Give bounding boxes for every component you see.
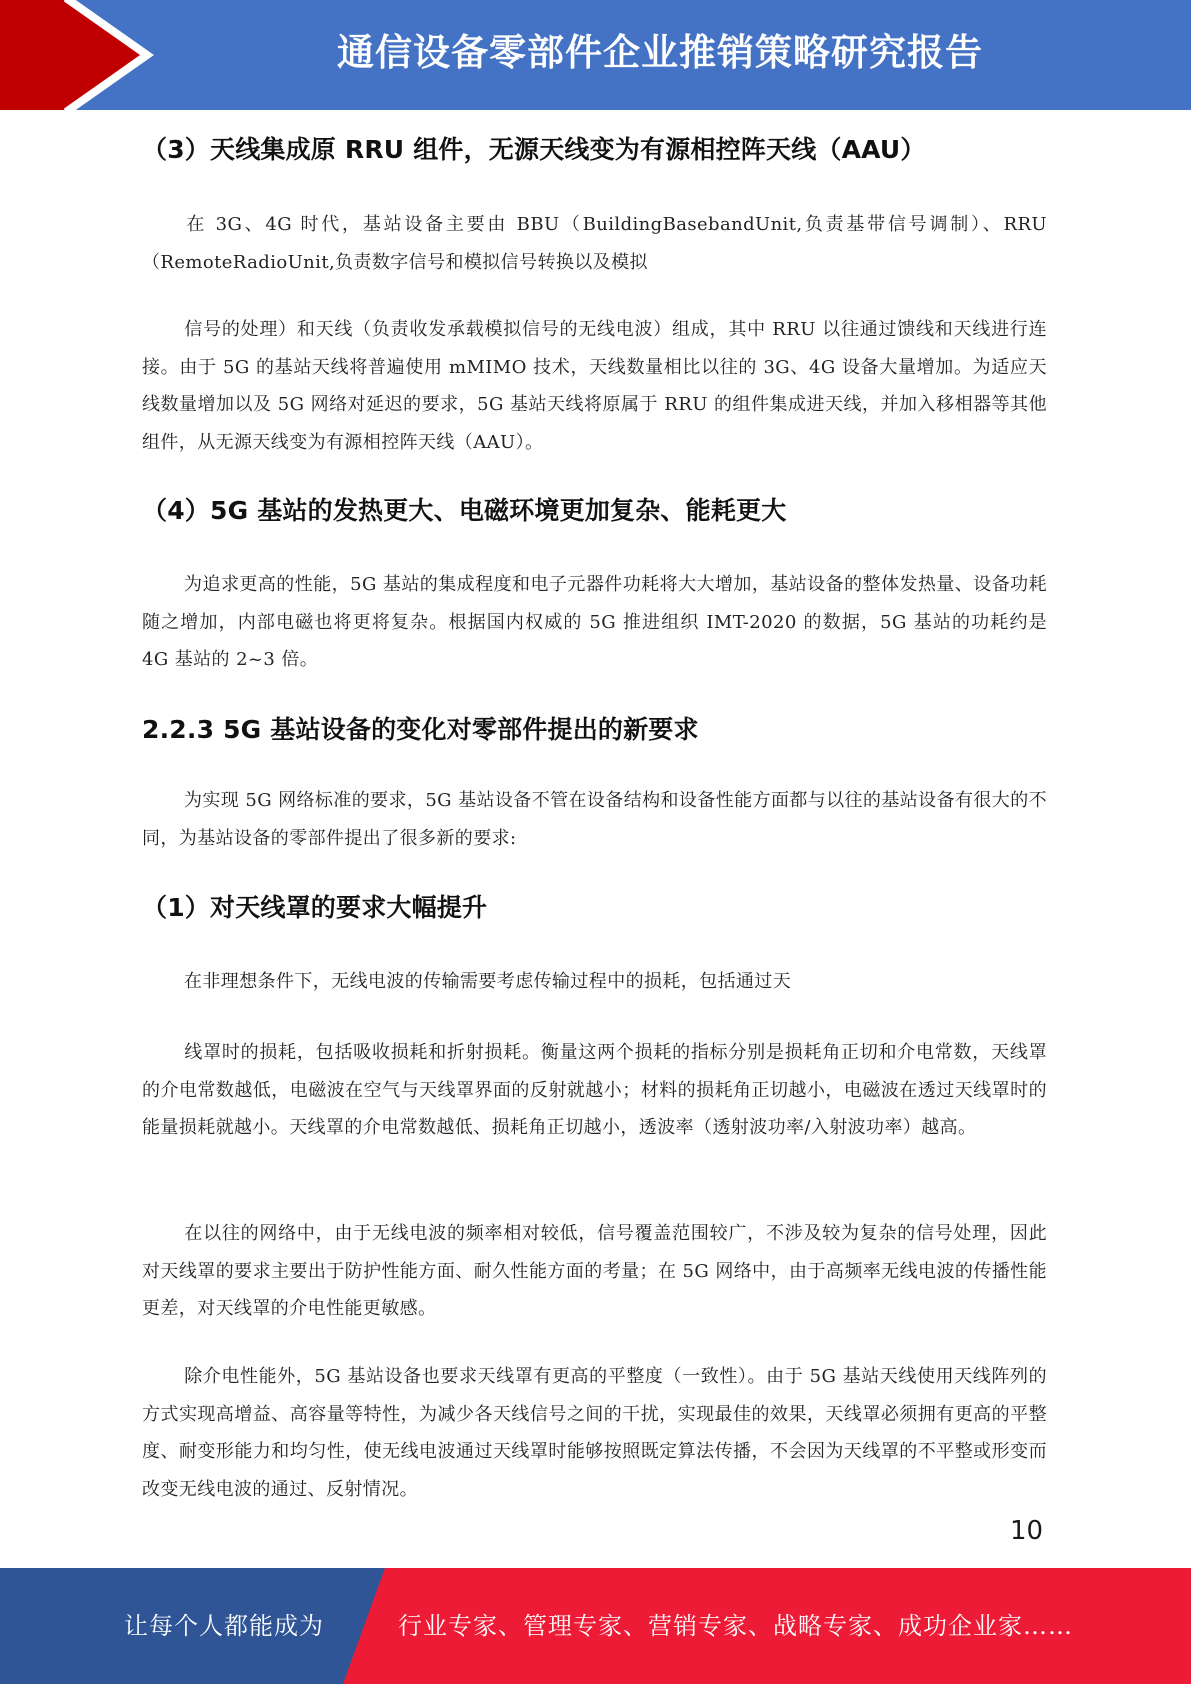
paragraph-previous-networks: 在以往的网络中，由于无线电波的频率相对较低，信号覆盖范围较广，不涉及较为复杂的信… (142, 1215, 1047, 1328)
report-title: 通信设备零部件企业推销策略研究报告 (260, 0, 1060, 110)
paragraph-text: 在 3G、4G 时代，基站设备主要由 BBU（BuildingBasebandU… (142, 214, 1047, 273)
paragraph-flatness: 除介电性能外，5G 基站设备也要求天线罩有更高的平整度（一致性）。由于 5G 基… (142, 1358, 1047, 1508)
chevron-arrow-icon (0, 0, 160, 110)
subheading-aau: （3）天线集成原 RRU 组件，无源天线变为有源相控阵天线（AAU） (142, 130, 926, 166)
paragraph-text: 为实现 5G 网络标准的要求，5G 基站设备不管在设备结构和设备性能方面都与以往… (142, 790, 1047, 849)
footer-banner: 让每个人都能成为 行业专家、管理专家、营销专家、战略专家、成功企业家…… (0, 1568, 1191, 1684)
footer-slogan-right: 行业专家、管理专家、营销专家、战略专家、成功企业家…… (398, 1568, 1073, 1684)
paragraph-text: 在非理想条件下，无线电波的传输需要考虑传输过程中的损耗，包括通过天 (184, 971, 791, 992)
paragraph-power-consumption: 为追求更高的性能，5G 基站的集成程度和电子元器件功耗将大大增加，基站设备的整体… (142, 566, 1047, 679)
subheading-heat-power: （4）5G 基站的发热更大、电磁环境更加复杂、能耗更大 (142, 491, 786, 527)
paragraph-bbu-rru: 在 3G、4G 时代，基站设备主要由 BBU（BuildingBasebandU… (142, 206, 1047, 281)
paragraph-rru-aau: 信号的处理）和天线（负责收发承载模拟信号的无线电波）组成，其中 RRU 以往通过… (142, 311, 1047, 461)
paragraph-text: 线罩时的损耗，包括吸收损耗和折射损耗。衡量这两个损耗的指标分别是损耗角正切和介电… (142, 1042, 1047, 1138)
paragraph-text: 为追求更高的性能，5G 基站的集成程度和电子元器件功耗将大大增加，基站设备的整体… (142, 574, 1047, 670)
paragraph-text: 信号的处理）和天线（负责收发承载模拟信号的无线电波）组成，其中 RRU 以往通过… (142, 319, 1047, 453)
report-header: 通信设备零部件企业推销策略研究报告 (0, 0, 1191, 110)
paragraph-dielectric: 线罩时的损耗，包括吸收损耗和折射损耗。衡量这两个损耗的指标分别是损耗角正切和介电… (142, 1034, 1047, 1147)
paragraph-new-requirements: 为实现 5G 网络标准的要求，5G 基站设备不管在设备结构和设备性能方面都与以往… (142, 782, 1047, 857)
subheading-radome: （1）对天线罩的要求大幅提升 (142, 888, 487, 924)
section-heading-2-2-3: 2.2.3 5G 基站设备的变化对零部件提出的新要求 (142, 710, 699, 746)
paragraph-text: 除介电性能外，5G 基站设备也要求天线罩有更高的平整度（一致性）。由于 5G 基… (142, 1366, 1047, 1500)
footer-slogan-left: 让每个人都能成为 (124, 1568, 324, 1684)
paragraph-text: 在以往的网络中，由于无线电波的频率相对较低，信号覆盖范围较广，不涉及较为复杂的信… (142, 1223, 1047, 1319)
paragraph-transmission-loss: 在非理想条件下，无线电波的传输需要考虑传输过程中的损耗，包括通过天 (142, 963, 1047, 1001)
page-number: 10 (1010, 1516, 1043, 1546)
